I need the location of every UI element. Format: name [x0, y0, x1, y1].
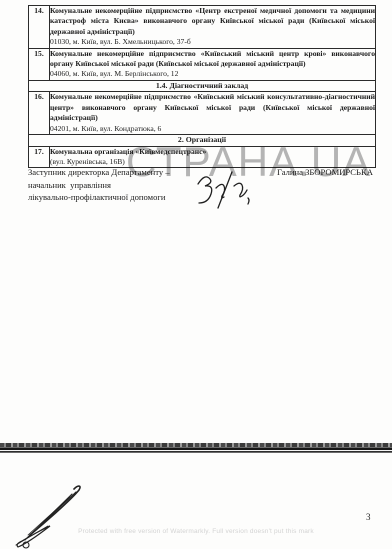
- table-row: 17. Комунальна організація «Київмедспецт…: [29, 146, 376, 168]
- section-row: 2. Організації: [29, 135, 376, 147]
- organization-name: Комунальне некомерційне підприємство «Це…: [50, 6, 375, 37]
- signatory-name: Галина ЗБОРОМИРСЬКА: [277, 167, 373, 177]
- row-number: 15.: [29, 48, 50, 80]
- signatory-title: Заступник директорка Департаменту – нача…: [28, 166, 170, 204]
- table-row: 15. Комунальне некомерційне підприємство…: [29, 48, 376, 80]
- signatory-title-line: начальник управління: [28, 179, 170, 192]
- handwritten-signature: [192, 170, 252, 212]
- signatory-title-line: Заступник директорка Департаменту –: [28, 166, 170, 179]
- organization-address: 04201, м. Київ, вул. Кондратюка, 6: [50, 124, 375, 134]
- table-row: 14. Комунальне некомерційне підприємство…: [29, 6, 376, 49]
- organization-name: Комунальне некомерційне підприємство «Ки…: [50, 49, 375, 70]
- organization-address: 04060, м. Київ, вул. М. Берлінського, 12: [50, 69, 375, 79]
- section-row: 1.4. Діагностичний заклад: [29, 80, 376, 92]
- signatory-title-line: лікувально-профілактичної допомоги: [28, 191, 170, 204]
- page-number: 3: [366, 512, 371, 522]
- organization-address: 01030, м. Київ, вул. Б. Хмельницького, 3…: [50, 37, 375, 47]
- row-number: 17.: [29, 146, 50, 168]
- section-title: 2. Організації: [29, 135, 376, 147]
- scan-artifact-line: [0, 443, 392, 453]
- table-row: 16. Комунальне некомерційне підприємство…: [29, 92, 376, 135]
- row-number: 14.: [29, 6, 50, 49]
- organizations-table: 14. Комунальне некомерційне підприємство…: [28, 5, 376, 168]
- pen-flourish-mark: [12, 483, 102, 549]
- document-page: 14. Комунальне некомерційне підприємство…: [0, 0, 392, 549]
- row-number: 16.: [29, 92, 50, 135]
- organization-name: Комунальне некомерційне підприємство «Ки…: [50, 92, 375, 123]
- organization-name: Комунальна організація «Київмедспецтранс…: [50, 147, 375, 157]
- section-title: 1.4. Діагностичний заклад: [29, 80, 376, 92]
